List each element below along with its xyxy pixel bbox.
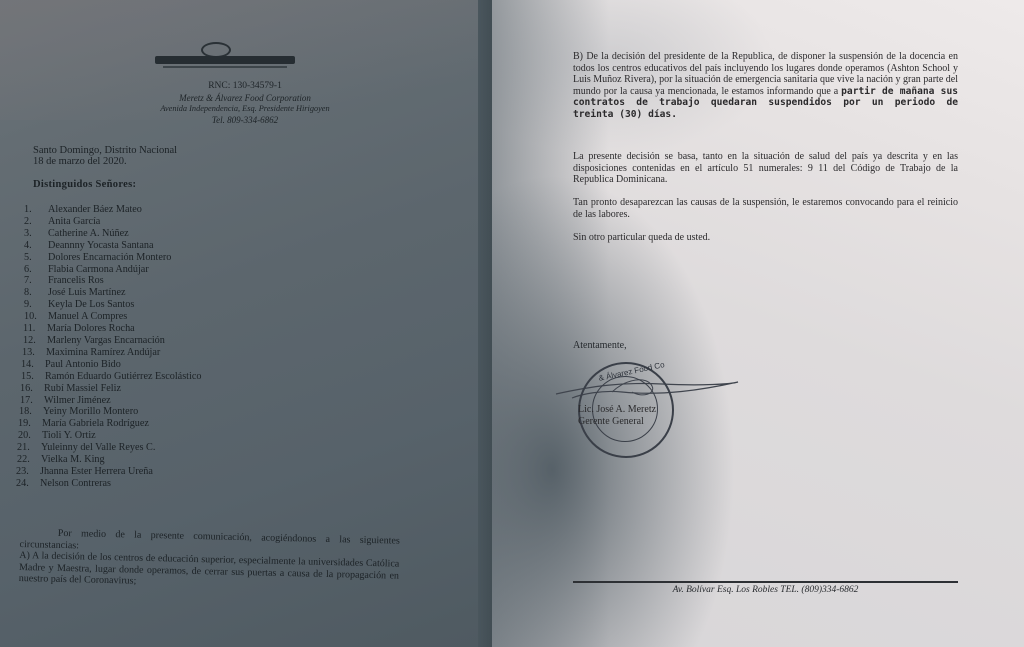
recipient-item: 20.Tioli Y. Ortiz [18, 430, 201, 442]
closing-text: Sin otro particular queda de usted. [573, 232, 958, 244]
logo-tagline [163, 66, 287, 68]
recipient-number: 22. [17, 454, 41, 466]
recipient-name: Vielka M. King [41, 454, 105, 465]
recipient-number: 5. [24, 252, 48, 264]
recipient-item: 4.Deannny Yocasta Santana [24, 240, 201, 252]
resume-text: Tan pronto desaparezcan las causas de la… [573, 197, 958, 220]
recipient-number: 15. [21, 371, 45, 383]
recipient-name: Anita García [48, 216, 100, 227]
recipient-item: 2.Anita García [24, 216, 201, 228]
company-name: Meretz & Álvarez Food Corporation [145, 93, 345, 103]
recipient-name: Deannny Yocasta Santana [48, 240, 154, 251]
recipient-item: 14.Paul Antonio Bido [21, 359, 201, 371]
recipient-item: 22.Vielka M. King [17, 454, 201, 466]
recipient-name: Yeiny Morillo Montero [43, 406, 138, 417]
recipient-number: 11. [23, 323, 47, 335]
recipient-item: 10.Manuel A Compres [24, 311, 201, 323]
logo-wordmark [155, 56, 295, 64]
recipient-item: 23.Jhanna Ester Herrera Ureña [16, 466, 201, 478]
recipient-name: Dolores Encarnación Montero [48, 252, 171, 263]
recipient-number: 1. [24, 204, 48, 216]
recipient-name: Alexander Báez Mateo [48, 204, 142, 215]
recipient-number: 6. [24, 264, 48, 276]
intro-paragraph: Por medio de la presente comunicación, a… [19, 527, 400, 593]
recipient-name: Paul Antonio Bido [45, 359, 121, 370]
point-b-paragraph: B) De la decisión del presidente de la R… [573, 51, 958, 121]
recipient-number: 21. [17, 442, 41, 454]
basis-paragraph: La presente decisión se basa, tanto en l… [573, 151, 958, 186]
company-phone: Tel. 809-334-6862 [145, 115, 345, 125]
footer-address: Av. Bolívar Esq. Los Robles TEL. (809)33… [573, 585, 958, 595]
recipient-item: 5.Dolores Encarnación Montero [24, 252, 201, 264]
recipient-item: 1.Alexander Báez Mateo [24, 204, 201, 216]
signer-name: Lic. José A. Meretz [578, 404, 656, 415]
recipient-item: 17.Wilmer Jiménez [20, 395, 201, 407]
recipient-name: Catherine A. Núñez [48, 228, 129, 239]
recipient-number: 12. [23, 335, 47, 347]
company-logo-icon [155, 42, 295, 72]
recipient-number: 18. [19, 406, 43, 418]
recipient-item: 8.José Luis Martínez [24, 287, 201, 299]
resume-paragraph: Tan pronto desaparezcan las causas de la… [573, 197, 958, 220]
recipient-number: 4. [24, 240, 48, 252]
recipient-item: 19.María Gabriela Rodríguez [18, 418, 201, 430]
letter-place: Santo Domingo, Distrito Nacional [33, 145, 177, 156]
recipient-number: 3. [24, 228, 48, 240]
recipient-item: 15.Ramón Eduardo Gutiérrez Escolástico [21, 371, 201, 383]
recipient-number: 2. [24, 216, 48, 228]
recipient-number: 13. [22, 347, 46, 359]
recipient-number: 19. [18, 418, 42, 430]
recipient-name: Jhanna Ester Herrera Ureña [40, 466, 153, 477]
recipient-name: Flabia Carmona Andújar [48, 264, 149, 275]
recipient-name: Manuel A Compres [48, 311, 127, 322]
recipient-item: 16.Rubí Massiel Feliz [20, 383, 201, 395]
recipient-item: 21.Yuleinny del Valle Reyes C. [17, 442, 201, 454]
recipient-name: Nelson Contreras [40, 478, 111, 489]
recipient-list: 1.Alexander Báez Mateo2.Anita García3.Ca… [24, 204, 201, 490]
sign-off: Atentamente, [573, 340, 627, 351]
recipient-item: 24.Nelson Contreras [16, 478, 201, 490]
recipient-name: María Dolores Rocha [47, 323, 135, 334]
recipient-name: Yuleinny del Valle Reyes C. [41, 442, 155, 453]
recipient-number: 9. [24, 299, 48, 311]
recipient-item: 18.Yeiny Morillo Montero [19, 406, 201, 418]
recipient-name: Wilmer Jiménez [44, 395, 111, 406]
recipient-number: 14. [21, 359, 45, 371]
recipient-name: José Luis Martínez [48, 287, 126, 298]
basis-text: La presente decisión se basa, tanto en l… [573, 151, 958, 186]
recipient-number: 23. [16, 466, 40, 478]
recipient-name: Marleny Vargas Encarnación [47, 335, 165, 346]
recipient-item: 11.María Dolores Rocha [23, 323, 201, 335]
company-address: Avenida Independencia, Esq. Presidente H… [145, 104, 345, 113]
recipient-number: 16. [20, 383, 44, 395]
recipient-number: 24. [16, 478, 40, 490]
recipient-name: Maximina Ramírez Andújar [46, 347, 160, 358]
recipient-number: 20. [18, 430, 42, 442]
recipient-name: Keyla De Los Santos [48, 299, 134, 310]
recipient-item: 13.Maximina Ramírez Andújar [22, 347, 201, 359]
recipient-number: 7. [24, 275, 48, 287]
letter-greeting: Distinguidos Señores: [33, 179, 136, 190]
recipient-number: 8. [24, 287, 48, 299]
recipient-number: 17. [20, 395, 44, 407]
footer-divider [573, 581, 958, 583]
recipient-item: 3.Catherine A. Núñez [24, 228, 201, 240]
signer-title: Gerente General [578, 416, 644, 427]
company-rnc: RNC: 130-34579-1 [145, 81, 345, 91]
closing-paragraph: Sin otro particular queda de usted. [573, 232, 958, 244]
recipient-item: 12.Marleny Vargas Encarnación [23, 335, 201, 347]
recipient-item: 6.Flabia Carmona Andújar [24, 264, 201, 276]
recipient-name: Tioli Y. Ortiz [42, 430, 96, 441]
recipient-item: 9.Keyla De Los Santos [24, 299, 201, 311]
recipient-name: Ramón Eduardo Gutiérrez Escolástico [45, 371, 201, 382]
recipient-number: 10. [24, 311, 48, 323]
recipient-name: Rubí Massiel Feliz [44, 383, 121, 394]
recipient-name: María Gabriela Rodríguez [42, 418, 149, 429]
letter-date: 18 de marzo del 2020. [33, 156, 127, 167]
recipient-item: 7.Francelis Ros [24, 275, 201, 287]
recipient-name: Francelis Ros [48, 275, 104, 286]
